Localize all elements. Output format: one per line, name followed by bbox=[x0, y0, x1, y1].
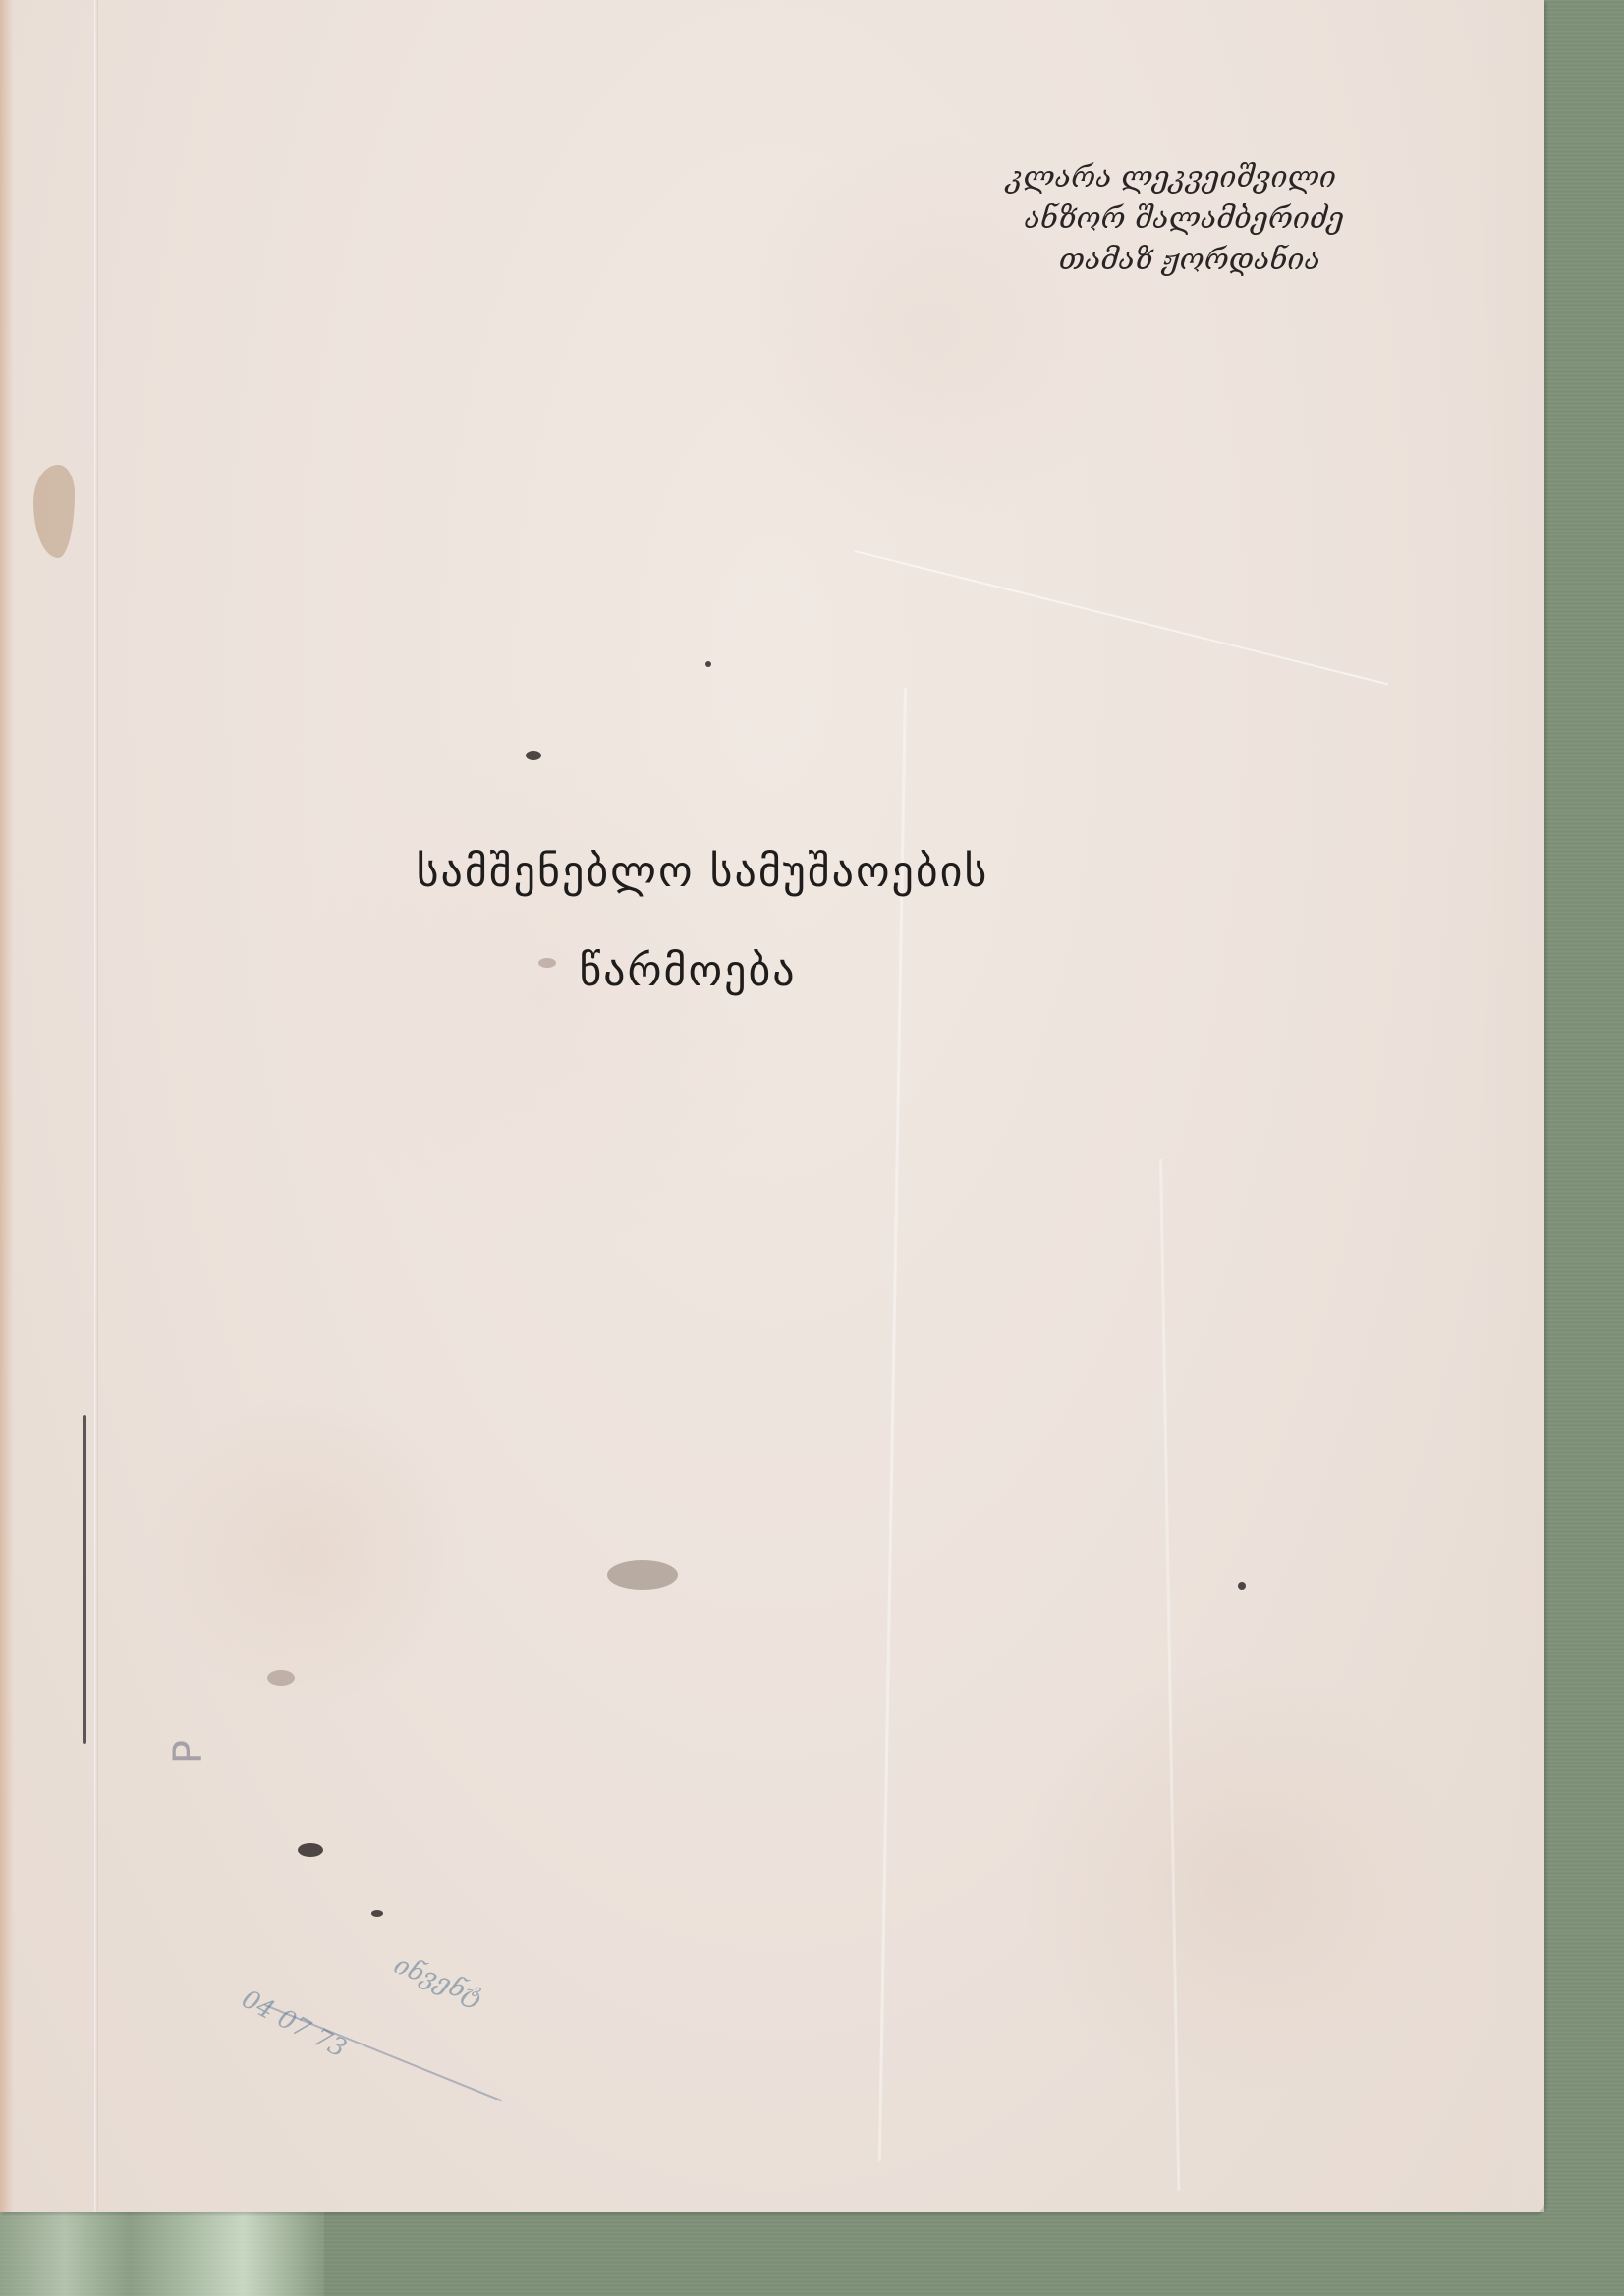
handwritten-note: ინვენტ bbox=[390, 1950, 487, 2012]
pencil-mark: P bbox=[166, 1740, 211, 1764]
spine-fold bbox=[94, 0, 98, 2212]
smudge bbox=[538, 958, 556, 968]
smudge bbox=[607, 1560, 678, 1590]
pen-underline bbox=[264, 2004, 502, 2101]
ink-speck bbox=[526, 751, 541, 760]
author-name: კლარა ლეკვეიშვილი bbox=[924, 157, 1336, 198]
stain bbox=[33, 465, 75, 558]
authors-block: კლარა ლეკვეიშვილი ანზორ შალამბერიძე თამა… bbox=[924, 157, 1356, 281]
ink-speck bbox=[371, 1910, 383, 1917]
crease bbox=[855, 550, 1389, 685]
scanner-glare bbox=[0, 2211, 324, 2296]
crease bbox=[1159, 1159, 1180, 2191]
book-cover: კლარა ლეკვეიშვილი ანზორ შალამბერიძე თამა… bbox=[0, 0, 1544, 2212]
book-title: სამშენებლო სამუშაოების წარმოება bbox=[295, 847, 1228, 996]
edge-wear bbox=[1476, 0, 1544, 2212]
title-line-1: სამშენებლო სამუშაოების bbox=[177, 847, 1228, 897]
ink-speck bbox=[298, 1843, 323, 1857]
handwritten-note: 04 07 73 bbox=[237, 1985, 351, 2064]
title-line-2: წარმოება bbox=[147, 946, 1228, 996]
pen-line bbox=[83, 1415, 86, 1744]
ink-speck bbox=[1238, 1582, 1246, 1590]
author-name: ანზორ შალამბერიძე bbox=[924, 198, 1344, 240]
edge-stain bbox=[0, 0, 14, 2212]
ink-speck bbox=[705, 661, 711, 667]
smudge bbox=[267, 1670, 295, 1686]
author-name: თამაზ ჟორდანია bbox=[924, 240, 1320, 281]
